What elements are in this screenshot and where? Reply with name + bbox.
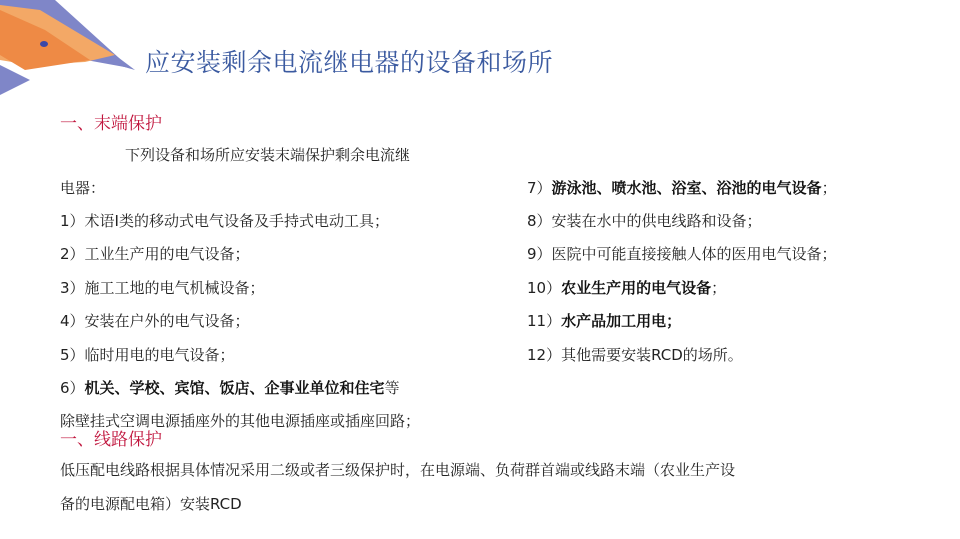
- list-item-1: 1）术语I类的移动式电气设备及手持式电动工具；: [60, 211, 389, 231]
- list-item-9: 9）医院中可能直接接触人体的医用电气设备；: [527, 244, 837, 264]
- list-item-12: 12）其他需要安装RCD的场所。: [527, 345, 743, 365]
- corner-decoration: [0, 0, 140, 100]
- section1-intro-line2: 电器：: [60, 178, 105, 198]
- list-item-2: 2）工业生产用的电气设备；: [60, 244, 250, 264]
- list-item-4: 4）安装在户外的电气设备；: [60, 311, 250, 331]
- section2-heading: 一、线路保护: [60, 425, 162, 450]
- section1-intro-line1: 下列设备和场所应安装末端保护剩余电流继: [125, 145, 410, 165]
- section1-heading: 一、末端保护: [60, 109, 162, 134]
- list-item-11: 11）水产品加工用电；: [527, 311, 681, 331]
- list-item-6: 6）机关、学校、宾馆、饭店、企事业单位和住宅等: [60, 378, 400, 398]
- list-item-3: 3）施工工地的电气机械设备；: [60, 278, 265, 298]
- slide-title: 应安装剩余电流继电器的设备和场所: [145, 43, 553, 79]
- list-item-10: 10）农业生产用的电气设备；: [527, 278, 726, 298]
- list-item-5: 5）临时用电的电气设备；: [60, 345, 235, 365]
- list-item-7: 7）游泳池、喷水池、浴室、浴池的电气设备；: [527, 178, 837, 198]
- section2-body-line1: 低压配电线路根据具体情况采用二级或者三级保护时，在电源端、负荷群首端或线路末端（…: [60, 460, 735, 480]
- list-item-8: 8）安装在水中的供电线路和设备；: [527, 211, 762, 231]
- section2-body-line2: 备的电源配电箱）安装RCD: [60, 494, 242, 514]
